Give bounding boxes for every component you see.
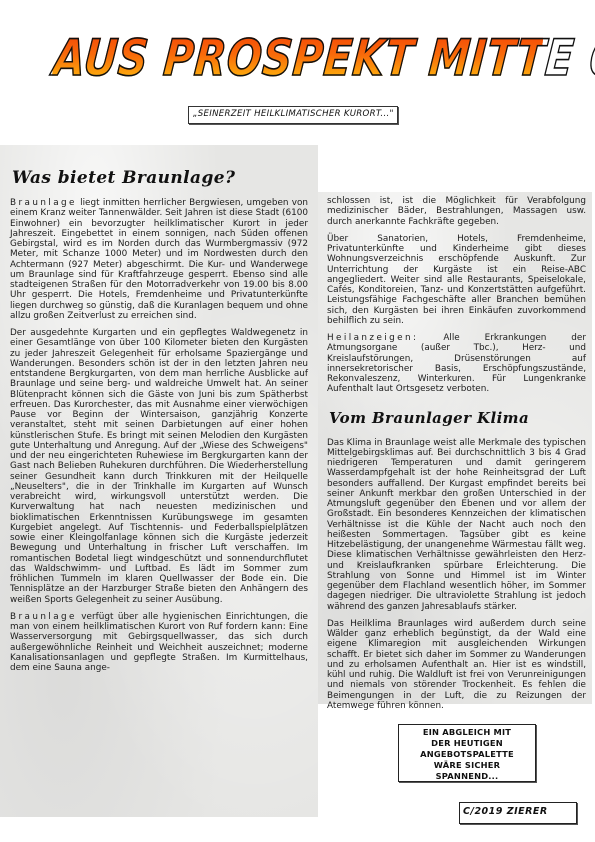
caption-text: „SEINERZEIT HEILKLIMATISCHER KURORT..." bbox=[193, 109, 394, 119]
paragraph-text: Das Heilklima Braunlages wird außerdem d… bbox=[327, 619, 586, 711]
comment-line: WÄRE SICHER bbox=[399, 760, 535, 771]
comment-box: EIN ABGLEICH MIT DER HEUTIGEN ANGEBOTSPA… bbox=[398, 724, 536, 782]
comment-line: SPANNEND... bbox=[399, 771, 535, 782]
paragraph: Das Klima in Braunlage weist alle Merkma… bbox=[327, 438, 586, 612]
paragraph: Der ausgedehnte Kurgarten und ein gepfle… bbox=[10, 328, 308, 605]
scanned-page-left: Was bietet Braunlage? Braunlage liegt in… bbox=[0, 145, 318, 817]
page-title: AUS PROSPEKT MITTE 60ER bbox=[51, 24, 545, 92]
copyright-credit: C/2019 ZIERER bbox=[459, 802, 577, 824]
heading-was-bietet-braunlage: Was bietet Braunlage? bbox=[12, 167, 308, 189]
paragraph-text: Das Klima in Braunlage weist alle Merkma… bbox=[327, 438, 586, 612]
paragraph: Braunlage liegt inmitten herrlicher Berg… bbox=[10, 198, 308, 321]
paragraph-heilanzeigen: Heilanzeigen: Alle Erkrankungen der Atmu… bbox=[327, 333, 586, 395]
paragraph: Über Sanatorien, Hotels, Fremdenheime, P… bbox=[327, 234, 586, 326]
paragraph-lead: Braunlage bbox=[10, 198, 77, 208]
comment-line: EIN ABGLEICH MIT bbox=[399, 727, 535, 738]
caption-box: „SEINERZEIT HEILKLIMATISCHER KURORT..." bbox=[188, 106, 398, 124]
paragraph-text: Über Sanatorien, Hotels, Fremdenheime, P… bbox=[327, 234, 586, 326]
heading-vom-braunlager-klima: Vom Braunlager Klima bbox=[329, 407, 586, 429]
paragraph: schlossen ist, ist die Möglichkeit für V… bbox=[327, 196, 586, 227]
paragraph-lead: Heilanzeigen: bbox=[327, 333, 418, 343]
comment-line: DER HEUTIGEN bbox=[399, 738, 535, 749]
paragraph-text: Der ausgedehnte Kurgarten und ein gepfle… bbox=[10, 328, 308, 605]
credit-text: C/2019 ZIERER bbox=[463, 806, 548, 817]
paragraph: Braunlage verfügt über alle hygienischen… bbox=[10, 612, 308, 674]
comment-line: ANGEBOTSPALETTE bbox=[399, 749, 535, 760]
paragraph: Das Heilklima Braunlages wird außerdem d… bbox=[327, 619, 586, 711]
paragraph-lead: Braunlage bbox=[10, 612, 77, 622]
paragraph-text: schlossen ist, ist die Möglichkeit für V… bbox=[327, 196, 586, 227]
paragraph-text: liegt inmitten herrlicher Bergwiesen, um… bbox=[10, 198, 308, 321]
scanned-page-right: schlossen ist, ist die Möglichkeit für V… bbox=[318, 192, 592, 704]
